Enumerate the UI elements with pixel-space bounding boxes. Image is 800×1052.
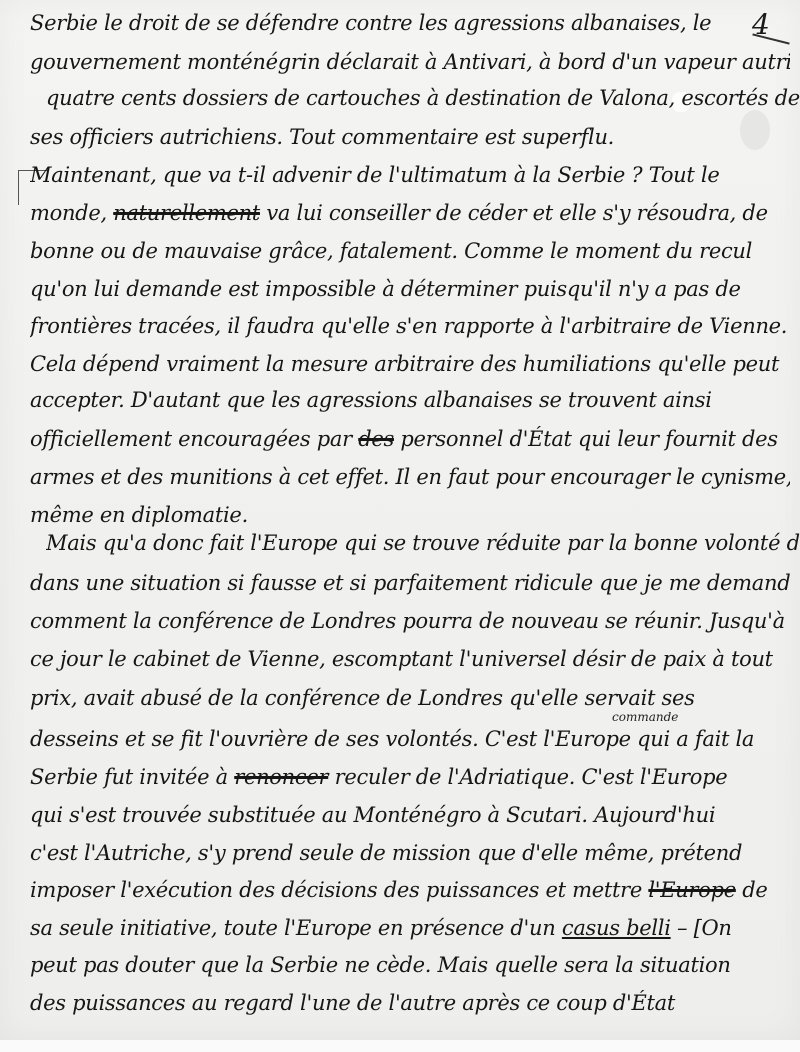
struck-word: renoncer: [234, 765, 328, 789]
interlinear-insertion: commande: [612, 710, 678, 724]
manuscript-line: même en diplomatie.: [30, 500, 790, 530]
manuscript-line: comment la conférence de Londres pourra …: [30, 606, 790, 636]
line-text: sa seule initiative, toute l'Europe en p…: [30, 916, 562, 940]
line-text: – [On: [671, 916, 732, 940]
line-text: monde,: [30, 201, 113, 225]
line-text: desseins et se fit l'ouvrière de ses vol…: [30, 727, 543, 751]
underlined-phrase: casus belli: [562, 916, 671, 940]
manuscript-line: frontières tracées, il faudra qu'elle s'…: [30, 311, 790, 341]
manuscript-line: gouvernement monténégrin déclarait à Ant…: [30, 47, 790, 77]
manuscript-line: monde, naturellement va lui conseiller d…: [30, 198, 790, 228]
manuscript-line: bonne ou de mauvaise grâce, fatalement. …: [30, 236, 790, 266]
manuscript-line: ses officiers autrichiens. Tout commenta…: [30, 122, 790, 152]
manuscript-line: ce jour le cabinet de Vienne, escomptant…: [30, 644, 790, 674]
line-text: officiellement encouragées par: [30, 427, 358, 451]
line-text: de: [736, 878, 768, 902]
manuscript-line: peut pas douter que la Serbie ne cède. M…: [30, 950, 790, 980]
manuscript-line: qui s'est trouvée substituée au Monténég…: [30, 800, 790, 830]
line-text: imposer l'exécution des décisions des pu…: [30, 878, 648, 902]
struck-word: l'Europe: [648, 878, 736, 902]
manuscript-line: imposer l'exécution des décisions des pu…: [30, 875, 790, 905]
manuscript-line: desseins et se fit l'ouvrière de ses vol…: [30, 724, 790, 754]
manuscript-line: dans une situation si fausse et si parfa…: [30, 568, 790, 598]
manuscript-line: accepter. D'autant que les agressions al…: [30, 385, 790, 415]
manuscript-line: qu'on lui demande est impossible à déter…: [30, 274, 790, 304]
manuscript-line: officiellement encouragées par des perso…: [30, 424, 790, 454]
line-text: l'Europe qui a fait la: [543, 727, 754, 751]
manuscript-line: sa seule initiative, toute l'Europe en p…: [30, 913, 790, 943]
line-text: va lui conseiller de céder et elle s'y r…: [260, 201, 768, 225]
manuscript-line: des puissances au regard l'une de l'autr…: [30, 988, 790, 1018]
struck-word: des: [358, 427, 394, 451]
manuscript-line: Maintenant, que va t-il advenir de l'ult…: [30, 160, 790, 190]
struck-word: naturellement: [113, 201, 260, 225]
manuscript-line: quatre cents dossiers de cartouches à de…: [46, 83, 800, 113]
manuscript-line: Mais qu'a donc fait l'Europe qui se trou…: [46, 528, 800, 558]
line-text: Serbie fut invitée à: [30, 765, 234, 789]
manuscript-line: Serbie fut invitée à renoncer reculer de…: [30, 762, 790, 792]
manuscript-page: 4 Serbie le droit de se défendre contre …: [0, 0, 800, 1040]
scan-margin: [0, 1040, 800, 1052]
manuscript-line: Cela dépend vraiment la mesure arbitrair…: [30, 349, 790, 379]
manuscript-line: Serbie le droit de se défendre contre le…: [30, 8, 790, 38]
manuscript-line: prix, avait abusé de la conférence de Lo…: [30, 683, 790, 713]
line-text: reculer de l'Adriatique. C'est l'Europe: [328, 765, 727, 789]
manuscript-line: armes et des munitions à cet effet. Il e…: [30, 462, 790, 492]
manuscript-line: c'est l'Autriche, s'y prend seule de mis…: [30, 838, 790, 868]
line-text: personnel d'État qui leur fournit des: [394, 427, 778, 451]
